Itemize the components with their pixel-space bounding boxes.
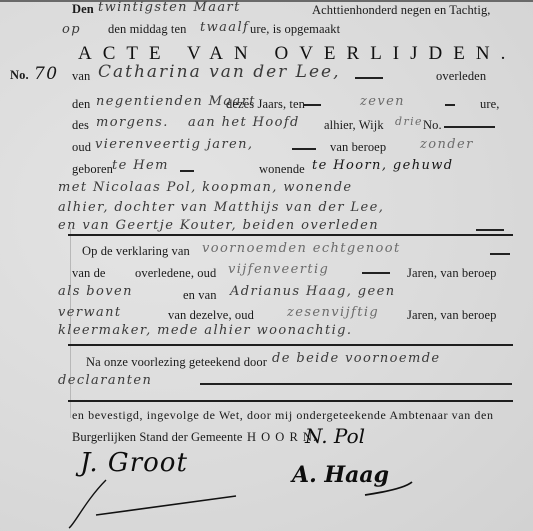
number-label: No. xyxy=(10,68,29,83)
birthplace: te Hem xyxy=(112,158,169,173)
printed-overleden: overleden xyxy=(436,69,486,84)
certificate-page: Den twintigsten Maart Achttienhonderd ne… xyxy=(0,0,533,531)
signature-underline xyxy=(360,480,420,500)
handwritten-registration-hour: twaalf xyxy=(200,20,249,35)
printed-en-van: en van xyxy=(183,288,217,303)
confirmation-line-2: Burgerlijken Stand der Gemeente xyxy=(72,430,243,445)
printed-op-de-verklaring: Op de verklaring van xyxy=(82,244,190,259)
printed-oud: oud xyxy=(72,140,91,155)
fill-dash xyxy=(292,148,316,150)
signed-by: de beide voornoemde xyxy=(272,351,441,366)
section-rule xyxy=(68,344,513,346)
spouse-line: met Nicolaas Pol, koopman, wonende xyxy=(58,180,353,195)
fill-dash xyxy=(445,104,455,106)
declarant1-occupation: als boven xyxy=(58,284,133,299)
residence: te Hoorn, gehuwd xyxy=(312,158,454,173)
fill-dash xyxy=(303,104,321,106)
declarant2-age: zesenvijftig xyxy=(287,305,379,320)
deceased-age: vierenveertig jaren, xyxy=(95,137,253,152)
section-rule xyxy=(68,234,513,236)
deceased-name: Catharina van der Lee, xyxy=(98,62,341,82)
fill-dash xyxy=(490,253,510,255)
declarant2-relation: verwant xyxy=(58,305,122,320)
printed-no: No. xyxy=(423,118,442,133)
fill-dash xyxy=(362,272,390,274)
printed-van-beroep: van beroep xyxy=(330,140,386,155)
printed-year: Achttienhonderd negen en Tachtig, xyxy=(312,3,491,18)
declarant2-occupation: kleermaker, mede alhier woonachtig. xyxy=(58,323,352,338)
printed-ure: ure, xyxy=(480,97,500,112)
parent-father-line: alhier, dochter van Matthijs van der Lee… xyxy=(58,200,384,215)
declarant1-role: voornoemden echtgenoot xyxy=(202,241,401,256)
death-place: aan het Hoofd xyxy=(188,115,300,130)
printed-wonende: wonende xyxy=(259,162,305,177)
declarant2-name: Adrianus Haag, geen xyxy=(230,284,396,299)
fill-dash xyxy=(476,229,504,231)
wijk-number: drie xyxy=(395,115,423,128)
confirmation-line-1: en bevestigd, ingevolge de Wet, door mij… xyxy=(72,408,494,423)
parent-mother-line: en van Geertje Kouter, beiden overleden xyxy=(58,218,379,233)
printed-middag: den middag ten xyxy=(108,22,186,37)
printed-des: des xyxy=(72,118,89,133)
printed-opgemaakt: ure, is opgemaakt xyxy=(250,22,340,37)
certificate-number: 70 xyxy=(34,64,58,84)
declarant1-signature: N. Pol xyxy=(305,424,365,448)
declarant1-age: vijfenveertig xyxy=(228,262,329,277)
fill-dash xyxy=(444,126,495,128)
fill-dash xyxy=(355,77,383,79)
handwritten-registration-date: twintigsten Maart xyxy=(98,0,241,15)
printed-overledene: overledene, oud xyxy=(135,266,216,281)
signature-flourish xyxy=(66,470,246,530)
printed-van-dezelve: van dezelve, oud xyxy=(168,308,254,323)
fill-line xyxy=(200,383,512,385)
printed-jaren-beroep-1: Jaren, van beroep xyxy=(407,266,497,281)
printed-na-onze-voorlezing: Na onze voorlezing geteekend door xyxy=(86,355,267,370)
printed-den-2: den xyxy=(72,97,90,112)
signed-by-continuation: declaranten xyxy=(58,373,152,388)
printed-van-de: van de xyxy=(72,266,106,281)
deceased-occupation: zonder xyxy=(420,137,474,152)
printed-dezes-jaars: dezes Jaars, ten xyxy=(226,97,305,112)
printed-jaren-beroep-2: Jaren, van beroep xyxy=(407,308,497,323)
printed-van: van xyxy=(72,69,90,84)
printed-den: Den xyxy=(72,2,94,17)
section-rule xyxy=(68,400,513,402)
time-of-day: morgens. xyxy=(96,115,169,130)
death-hour: zeven xyxy=(360,94,405,109)
printed-geboren: geboren xyxy=(72,162,113,177)
fill-dash xyxy=(180,170,194,172)
printed-alhier-wijk: alhier, Wijk xyxy=(324,118,384,133)
handwritten-op: op xyxy=(62,22,81,37)
